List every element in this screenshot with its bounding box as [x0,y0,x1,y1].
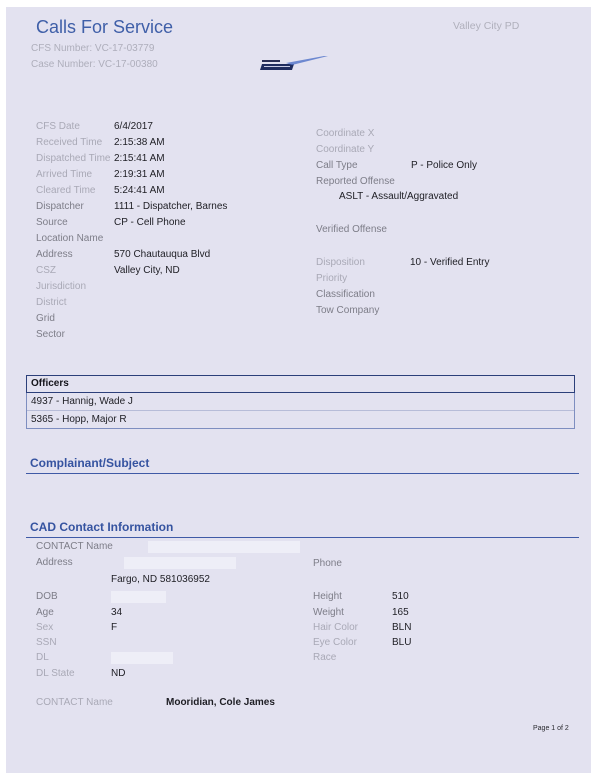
source-label: Source [36,217,68,228]
dl-redacted [111,652,173,664]
source-value: CP - Cell Phone [114,217,186,228]
agency-name: Valley City PD [453,20,519,32]
cfs-date-label: CFS Date [36,121,80,132]
sector-label: Sector [36,329,65,340]
grid-label: Grid [36,313,55,324]
dispatched-time-value: 2:15:41 AM [114,153,165,164]
reported-offense-value: ASLT - Assault/Aggravated [339,191,458,202]
eye-color-value: BLU [392,637,411,648]
reported-offense-label: Reported Offense [316,176,395,187]
tow-company-label: Tow Company [316,305,379,316]
valley-city-police-logo-icon [258,55,358,85]
complainant-section-header: Complainant/Subject [26,456,579,474]
age-value: 34 [111,607,122,618]
csz-value: Valley City, ND [114,265,180,276]
received-time-value: 2:15:38 AM [114,137,165,148]
report-page: Calls For Service Valley City PD CFS Num… [6,7,591,773]
hair-color-label: Hair Color [313,622,358,633]
cleared-time-value: 5:24:41 AM [114,185,165,196]
case-number: Case Number: VC-17-00380 [31,59,158,70]
district-label: District [36,297,67,308]
dispatcher-value: 1111 - Dispatcher, Barnes [114,201,227,212]
hair-color-value: BLN [392,622,411,633]
coordinate-x-label: Coordinate X [316,128,374,139]
dob-label: DOB [36,591,58,602]
cleared-time-label: Cleared Time [36,185,95,196]
dl-state-label: DL State [36,668,75,679]
officer-row: 5365 - Hopp, Major R [27,410,574,428]
arrived-time-label: Arrived Time [36,169,92,180]
age-label: Age [36,607,54,618]
address-label: Address [36,249,73,260]
ssn-label: SSN [36,637,57,648]
contact-name-2-label: CONTACT Name [36,697,113,708]
eye-color-label: Eye Color [313,637,357,648]
officer-row: 4937 - Hannig, Wade J [27,393,574,410]
height-value: 510 [392,591,409,602]
sex-label: Sex [36,622,53,633]
contact-name-2-value: Mooridian, Cole James [166,697,275,708]
contact-name-redacted [148,541,300,553]
address-value: 570 Chautauqua Blvd [114,249,210,260]
received-time-label: Received Time [36,137,102,148]
contact-name-label: CONTACT Name [36,541,113,552]
classification-label: Classification [316,289,375,300]
disposition-label: Disposition [316,257,365,268]
officers-header: Officers [26,375,575,393]
verified-offense-label: Verified Offense [316,224,387,235]
phone-label: Phone [313,558,342,569]
weight-value: 165 [392,607,409,618]
sex-value: F [111,622,117,633]
weight-label: Weight [313,607,344,618]
officers-table: Officers 4937 - Hannig, Wade J 5365 - Ho… [26,375,575,429]
dispatcher-label: Dispatcher [36,201,84,212]
priority-label: Priority [316,273,347,284]
dispatched-time-label: Dispatched Time [36,153,110,164]
page-number: Page 1 of 2 [533,725,569,732]
dl-label: DL [36,652,49,663]
coordinate-y-label: Coordinate Y [316,144,374,155]
call-type-label: Call Type [316,160,358,171]
cad-contact-section-header: CAD Contact Information [26,520,579,538]
jurisdiction-label: Jurisdiction [36,281,86,292]
address-label: Address [36,557,73,568]
dl-state-value: ND [111,668,125,679]
arrived-time-value: 2:19:31 AM [114,169,165,180]
address-line2: Fargo, ND 581036952 [111,574,210,585]
call-type-value: P - Police Only [411,160,477,171]
page-title: Calls For Service [36,17,173,38]
cfs-number: CFS Number: VC-17-03779 [31,43,154,54]
location-name-label: Location Name [36,233,103,244]
height-label: Height [313,591,342,602]
address-line1-redacted [124,557,236,569]
officers-list: 4937 - Hannig, Wade J 5365 - Hopp, Major… [26,393,575,429]
cfs-date-value: 6/4/2017 [114,121,153,132]
csz-label: CSZ [36,265,56,276]
race-label: Race [313,652,336,663]
dob-redacted [111,591,166,603]
disposition-value: 10 - Verified Entry [410,257,489,268]
